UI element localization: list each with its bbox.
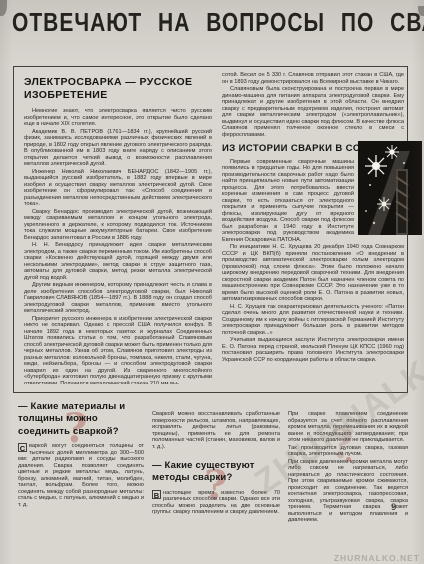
article-electric-welding: ЭЛЕКТРОСВАРКА — РУССКОЕ ИЗОБРЕТЕНИЕ Немн…: [24, 76, 212, 384]
article-title: ЭЛЕКТРОСВАРКА — РУССКОЕ ИЗОБРЕТЕНИЕ: [24, 76, 212, 102]
paragraph: Приоритет русского инженера в изобретени…: [24, 316, 212, 384]
answer-paragraph: Внастоящее время известно более 70 разли…: [152, 490, 280, 516]
paragraph: Другим видным инженером, которому принад…: [24, 282, 212, 315]
article-history-ussr: сотой. Весил он 5 330 г. Славянов отправ…: [222, 72, 404, 386]
question-heading: — Какие существуют методы сварки?: [152, 460, 280, 485]
paragraph: Инженер Николай Николаевич БЕНАРДОС (184…: [24, 169, 212, 208]
watermark: ZHURNALKO.NET: [334, 553, 420, 563]
paragraph: Сваркой можно восстанавливать сработанны…: [152, 399, 280, 450]
dropcap-letter: В: [152, 490, 161, 499]
qa-column-fusion-pressure: ? При сварке плавлением соединение образ…: [288, 399, 408, 525]
paragraph: Так производится дуговая сварка, газовая…: [288, 445, 408, 458]
welding-spark-image: [358, 141, 422, 235]
paragraph: Сварку Бенардос производил электрической…: [24, 209, 212, 242]
paragraph: Славяновым была сконструирована и постро…: [222, 86, 404, 138]
paragraph: Н. С. Хрущев так охарактеризовал деятель…: [222, 304, 404, 337]
dropcap-letter: С: [18, 443, 27, 452]
history-articles-box: ЭЛЕКТРОСВАРКА — РУССКОЕ ИЗОБРЕТЕНИЕ Немн…: [13, 66, 408, 393]
page-number: 9: [391, 502, 396, 513]
question-heading: — Какие материалы и толщины можно соедин…: [18, 401, 144, 438]
paragraph: Немногие знают, что электросварка являет…: [24, 108, 212, 128]
scan-artifact: [418, 6, 424, 16]
scan-artifact: [0, 0, 7, 16]
paragraph: При сварке плавлением соединение образуе…: [288, 411, 408, 444]
paragraph: Академик В. В. ПЕТРОВ (1761—1834 гг.), к…: [24, 129, 212, 168]
welding-illustration: [358, 141, 422, 235]
answer-text: настоящее время известно более 70 различ…: [152, 490, 280, 516]
paragraph: сотой. Весил он 5 330 г. Славянов отправ…: [222, 72, 404, 85]
qa-column-methods: Сваркой можно восстанавливать сработанны…: [152, 399, 280, 517]
paragraph: По инициативе Н. С. Хрущева 20 декабря 1…: [222, 244, 404, 303]
answer-text: варкой могут соединяться толщины от тыся…: [18, 443, 144, 508]
paragraph: Н. Н. Бенардосу принадлежит идея сварки …: [24, 242, 212, 281]
page-banner-title: ОТВЕЧАЮТ НА ВОПРОСЫ ПО СВАРКЕ: [12, 9, 414, 48]
answer-paragraph: Сваркой могут соединяться толщины от тыс…: [18, 443, 144, 508]
qa-column-materials: ? — Какие материалы и толщины можно соед…: [18, 399, 144, 509]
paragraph: Учитывая выдающиеся заслуги Института эл…: [222, 337, 404, 363]
magazine-page: ОТВЕЧАЮТ НА ВОПРОСЫ ПО СВАРКЕ ЭЛЕКТРОСВА…: [0, 0, 424, 564]
paragraph: При сварке давлением кромки металла могу…: [288, 459, 408, 524]
